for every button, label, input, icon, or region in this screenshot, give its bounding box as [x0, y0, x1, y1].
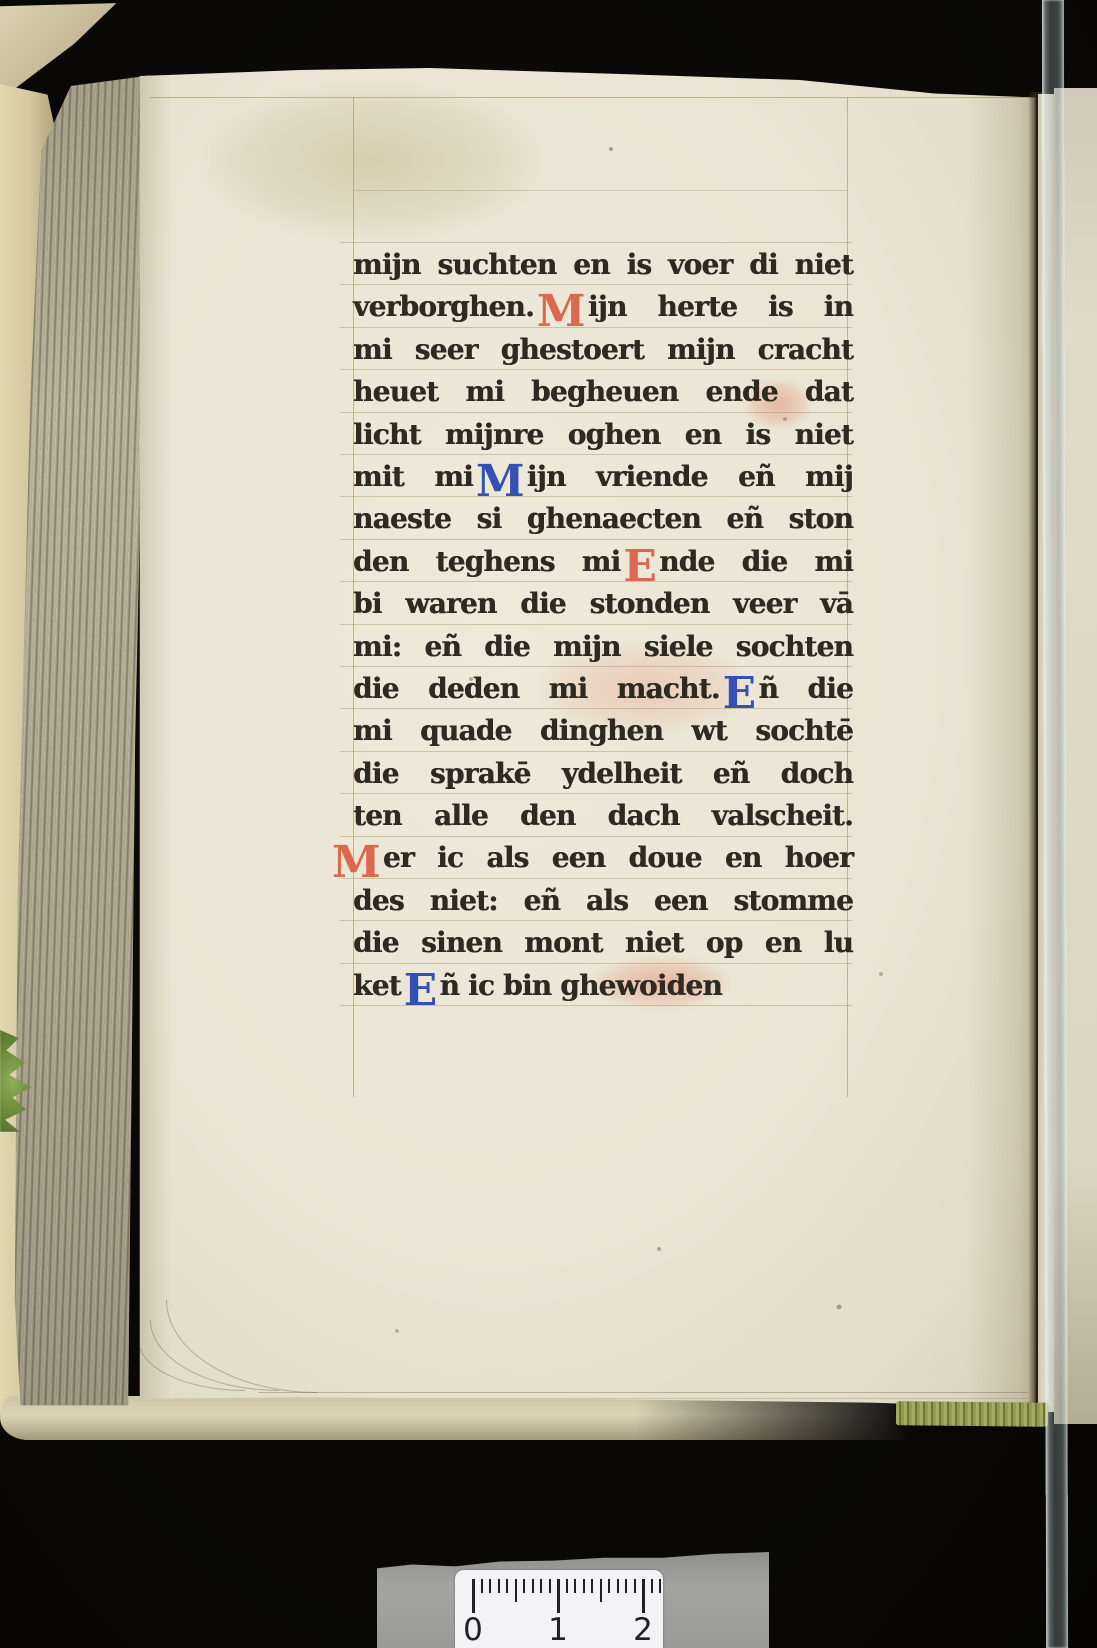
ruler-mm-tick: [549, 1579, 551, 1593]
ruler-mm-tick: [540, 1579, 542, 1593]
gray-scale-card: 0 1 2: [377, 1552, 769, 1648]
ruler-mm-tick: [566, 1579, 568, 1593]
manuscript-text-line: mijn suchten en is voer di niet: [353, 244, 853, 286]
manuscript-text-line: die deden mi macht.Eñ die: [353, 668, 853, 710]
ruler-mm-tick: [634, 1579, 636, 1593]
ruler-mm-tick: [532, 1579, 534, 1593]
ruler-label-0: 0: [463, 1612, 483, 1648]
ruler-mm-tick: [617, 1579, 619, 1593]
text-segment: ket: [353, 969, 401, 1002]
manuscript-page: mijn suchten en is voer di nietverborghe…: [138, 68, 1036, 1408]
text-segment: mit mi: [353, 460, 473, 493]
plexiglass-edge: [1042, 0, 1068, 1648]
parchment-specks: [138, 68, 140, 70]
text-segment: mi: eñ die mijn siele sochten: [353, 630, 853, 663]
text-segment: ñ ic bin ghewoiden: [440, 969, 722, 1002]
green-endband: [896, 1401, 1048, 1427]
manuscript-text-line: mi quade dinghen wt sochtē: [353, 710, 853, 752]
second-frame-ruling: [353, 190, 847, 191]
vellum-cover-bottom-edge: [0, 1396, 934, 1440]
manuscript-text-line: verborghen.Mijn herte is in: [353, 286, 853, 328]
ruler-mm-tick: [625, 1579, 627, 1593]
text-segment: ijn vriende eñ mij: [527, 460, 853, 493]
manuscript-text-line: Mer ic als een doue en hoer: [353, 837, 853, 879]
ruling-line: [340, 242, 852, 243]
ruler-mm-tick: [591, 1579, 593, 1593]
ruler-cm-tick: [557, 1579, 560, 1613]
text-segment: ñ die: [758, 672, 853, 705]
parchment-stain: [208, 86, 538, 236]
ruler-mm-tick: [574, 1579, 576, 1593]
text-segment: verborghen.: [353, 290, 534, 323]
manuscript-text-line: naeste si ghenaecten eñ ston: [353, 498, 853, 540]
manuscript-text-block: mijn suchten en is voer di nietverborghe…: [353, 244, 853, 1007]
ruler-mm-tick: [659, 1579, 661, 1593]
manuscript-text-line: mi: eñ die mijn siele sochten: [353, 626, 853, 668]
ruler-mm-tick: [583, 1579, 585, 1593]
text-segment: nde die mi: [659, 545, 853, 578]
text-segment: ten alle den dach valscheit.: [353, 799, 853, 832]
top-frame-ruling: [150, 97, 1033, 98]
ruler-cm-tick: [642, 1579, 645, 1613]
text-segment: bi waren die stonden veer vā: [353, 587, 853, 620]
ruler-mm-tick: [523, 1579, 525, 1593]
manuscript-text-line: des niet: eñ als een stomme: [353, 880, 853, 922]
manuscript-text-line: mit miMijn vriende eñ mij: [353, 456, 853, 498]
manuscript-text-line: die sinen mont niet op en lu: [353, 922, 853, 964]
manuscript-text-line: heuet mi begheuen ende dat: [353, 371, 853, 413]
text-segment: mi seer ghestoert mijn cracht: [353, 333, 853, 366]
text-segment: licht mijnre oghen en is niet: [353, 418, 853, 451]
ruler-half-cm-tick: [515, 1579, 517, 1602]
manuscript-text-line: den teghens miEnde die mi: [353, 541, 853, 583]
ruler-label-1: 1: [548, 1612, 568, 1648]
ruler-half-cm-tick: [600, 1579, 602, 1602]
ruler-mm-tick: [489, 1579, 491, 1593]
text-segment: die deden mi macht.: [353, 672, 720, 705]
ruler-cm-tick: [472, 1579, 475, 1613]
text-segment: den teghens mi: [353, 545, 620, 578]
page-shadow-gutter: [966, 68, 1036, 1408]
text-segment: naeste si ghenaecten eñ ston: [353, 502, 853, 535]
page-shadow-left: [138, 68, 172, 1408]
text-segment: ijn herte is in: [588, 290, 853, 323]
text-segment: heuet mi begheuen ende dat: [353, 375, 853, 408]
ruler-label-2: 2: [633, 1612, 653, 1648]
manuscript-text-line: mi seer ghestoert mijn cracht: [353, 329, 853, 371]
ruler-mm-tick: [608, 1579, 610, 1593]
text-segment: die sprakē ydelheit eñ doch: [353, 757, 853, 790]
manuscript-text-line: licht mijnre oghen en is niet: [353, 414, 853, 456]
text-segment: er ic als een doue en hoer: [383, 841, 853, 874]
photo-scene: mijn suchten en is voer di nietverborghe…: [0, 0, 1097, 1648]
manuscript-text-line: ketEñ ic bin ghewoiden: [353, 965, 853, 1007]
manuscript-text-line: bi waren die stonden veer vā: [353, 583, 853, 625]
text-segment: mi quade dinghen wt sochtē: [353, 714, 853, 747]
manuscript-text-line: die sprakē ydelheit eñ doch: [353, 753, 853, 795]
ruler-mm-tick: [498, 1579, 500, 1593]
manuscript-text-line: ten alle den dach valscheit.: [353, 795, 853, 837]
ruler-mm-tick: [651, 1579, 653, 1593]
text-segment: des niet: eñ als een stomme: [353, 884, 853, 917]
illuminated-initial-blue: E: [401, 965, 440, 1016]
cm-ruler: 0 1 2: [455, 1570, 663, 1648]
text-segment: die sinen mont niet op en lu: [353, 926, 853, 959]
ruler-mm-tick: [481, 1579, 483, 1593]
ruler-mm-tick: [506, 1579, 508, 1593]
page-bottom-edge-line: [258, 1392, 1028, 1393]
text-segment: mijn suchten en is voer di niet: [353, 248, 853, 281]
